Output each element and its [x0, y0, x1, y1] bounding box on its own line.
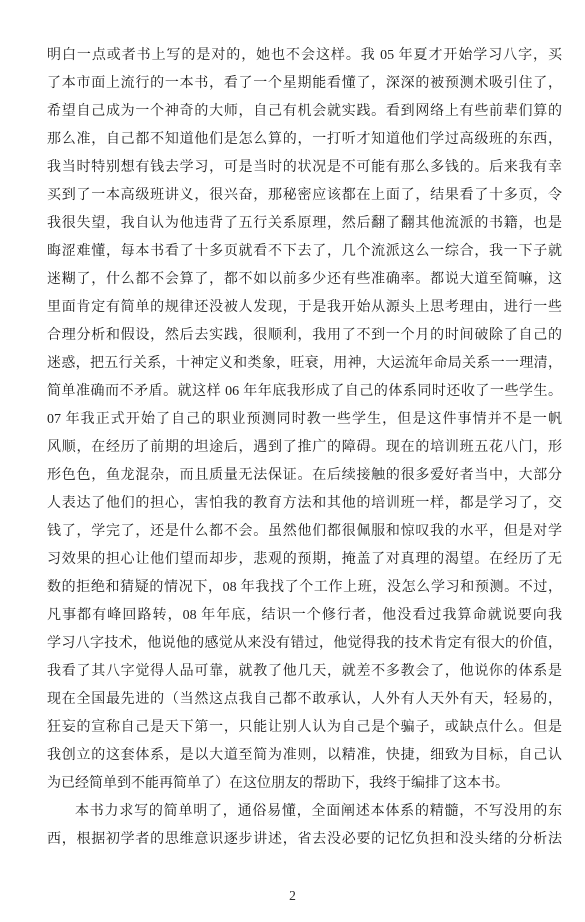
- text-line: 我当时特别想有钱去学习，可是当时的状况是不可能有那么多钱的。后来我有幸: [47, 154, 562, 182]
- text-line: 明白一点或者书上写的是对的，她也不会这样。我 05 年夏才开始学习八字，买: [47, 42, 562, 70]
- body-text: 明白一点或者书上写的是对的，她也不会这样。我 05 年夏才开始学习八字，买 了本…: [47, 42, 562, 854]
- text-line: 形色色，鱼龙混杂，而且质量无法保证。在后续接触的很多爱好者当中，大部分: [47, 462, 562, 490]
- text-line: 那么准，自己都不知道他们是怎么算的，一打听才知道他们学过高级班的东西，: [47, 126, 562, 154]
- text-line: 合理分析和假设，然后去实践，很顺利，我用了不到一个月的时间破除了自己的: [47, 322, 562, 350]
- document-page: 明白一点或者书上写的是对的，她也不会这样。我 05 年夏才开始学习八字，买 了本…: [0, 0, 585, 922]
- text-line: 学习八字技术，他说他的感觉从来没有错过，他觉得我的技术肯定有很大的价值，: [47, 630, 562, 658]
- text-line: 西，根据初学者的思维意识逐步讲述，省去没必要的记忆负担和没头绪的分析法: [47, 826, 562, 854]
- text-line: 数的拒绝和猜疑的情况下，08 年我找了个工作上班，没怎么学习和预测。不过，: [47, 574, 562, 602]
- text-line: 习效果的担心让他们望而却步，悲观的预期，掩盖了对真理的渴望。在经历了无: [47, 546, 562, 574]
- text-line: 我看了其八字觉得人品可靠，就教了他几天，就差不多教会了，他说你的体系是: [47, 658, 562, 686]
- text-line: 07 年我正式开始了自己的职业预测同时教一些学生，但是这件事情并不是一帆: [47, 406, 562, 434]
- text-line: 了本市面上流行的一本书，看了一个星期能看懂了，深深的被预测术吸引住了，: [47, 70, 562, 98]
- text-line: 迷惑，把五行关系，十神定义和类象，旺衰，用神，大运流年命局关系一一理清，: [47, 350, 562, 378]
- text-line: 现在全国最先进的（当然这点我自己都不敢承认，人外有人天外有天，轻易的，: [47, 686, 562, 714]
- text-line: 希望自己成为一个神奇的大师，自己有机会就实践。看到网络上有些前辈们算的: [47, 98, 562, 126]
- page-number: 2: [0, 888, 585, 904]
- text-line: 人表达了他们的担心，害怕我的教育方法和其他的培训班一样，都是学习了，交: [47, 490, 562, 518]
- text-line: 风顺，在经历了前期的坦途后，遇到了推广的障碍。现在的培训班五花八门，形: [47, 434, 562, 462]
- text-line: 我很失望，我自认为他违背了五行关系原理，然后翻了翻其他流派的书籍，也是: [47, 210, 562, 238]
- text-line: 晦涩难懂，每本书看了十多页就看不下去了，几个流派这么一综合，我一下子就: [47, 238, 562, 266]
- text-line: 迷糊了，什么都不会算了，都不如以前多少还有些准确率。都说大道至简嘛，这: [47, 266, 562, 294]
- text-line: 狂妄的宣称自己是天下第一，只能让别人认为自己是个骗子，或缺点什么。但是: [47, 714, 562, 742]
- text-line: 里面肯定有简单的规律还没被人发现，于是我开始从源头上思考理由，进行一些: [47, 294, 562, 322]
- text-line: 钱了，学完了，还是什么都不会。虽然他们都很佩服和惊叹我的水平，但是对学: [47, 518, 562, 546]
- text-line: 凡事都有峰回路转，08 年年底，结识一个修行者，他没看过我算命就说要向我: [47, 602, 562, 630]
- text-line: 买到了一本高级班讲义，很兴奋，那秘密应该都在上面了，结果看了十多页，令: [47, 182, 562, 210]
- text-line: 我创立的这套体系，是以大道至简为准则，以精准，快捷，细致为目标，自己认: [47, 742, 562, 770]
- text-line-paragraph-end: 为已经简单到不能再简单了）在这位朋友的帮助下，我终于编排了这本书。: [47, 770, 562, 798]
- text-line: 简单准确而不矛盾。就这样 06 年年底我形成了自己的体系同时还收了一些学生。: [47, 378, 562, 406]
- text-line-paragraph-start: 本书力求写的简单明了，通俗易懂，全面阐述本体系的精髓，不写没用的东: [47, 798, 562, 826]
